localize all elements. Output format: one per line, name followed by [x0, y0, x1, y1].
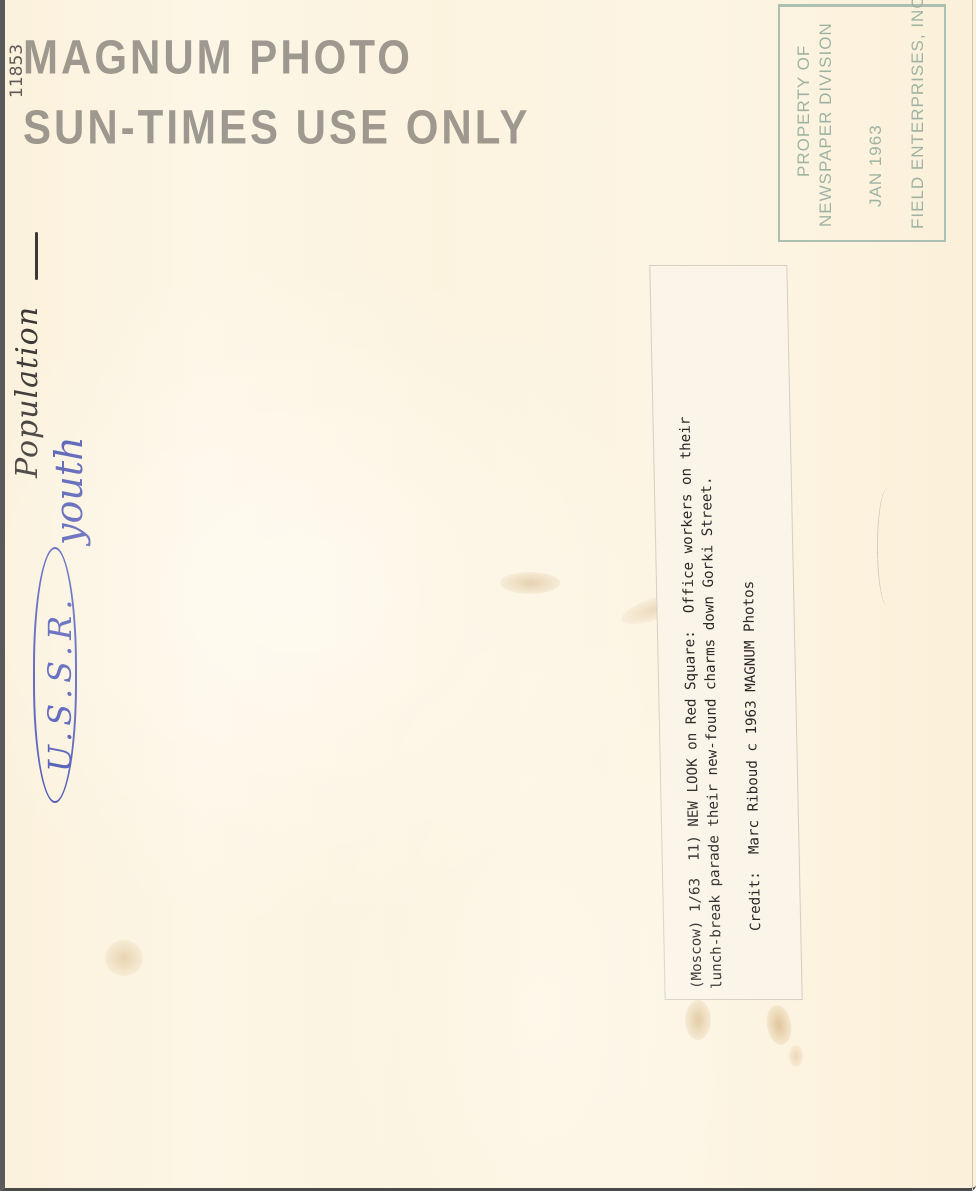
stamp-line-usage: SUN-TIMES USE ONLY — [23, 100, 531, 155]
stain-slip-drip — [789, 1045, 803, 1067]
handwriting-underline — [35, 232, 38, 280]
pencil-mark — [877, 488, 898, 606]
caption-credit: Credit: Marc Riboud c 1963 MAGNUM Photos — [732, 266, 767, 989]
stain-left — [105, 940, 143, 976]
handwriting-country: U.S.S.R. — [41, 594, 79, 772]
property-stamp-line2: NEWSPAPER DIVISION — [816, 22, 836, 227]
handwriting-subtopic: youth — [47, 436, 91, 545]
property-stamp-line4: FIELD ENTERPRISES, INC. — [908, 0, 928, 229]
stain-slip-bottom-left — [685, 1000, 711, 1040]
property-stamp-date: JAN 1963 — [866, 124, 886, 207]
caption-slip: (Moscow) 1/63 11) NEW LOOK on Red Square… — [649, 265, 802, 1000]
stain-center — [500, 572, 560, 594]
caption-text: (Moscow) 1/63 11) NEW LOOK on Red Square… — [650, 266, 803, 1001]
property-stamp: PROPERTY OF NEWSPAPER DIVISION JAN 1963 … — [778, 4, 946, 242]
handwriting-subject: Population — [10, 306, 45, 478]
stamp-line-magnum: MAGNUM PHOTO — [23, 30, 413, 85]
property-stamp-line1: PROPERTY OF — [794, 45, 814, 177]
inventory-number: 11853 — [7, 44, 27, 98]
photo-verso-sheet: MAGNUM PHOTO SUN-TIMES USE ONLY 11853 PR… — [0, 0, 976, 1191]
stain-slip-bottom-right — [764, 1003, 795, 1047]
sheet-edge — [972, 0, 973, 1190]
